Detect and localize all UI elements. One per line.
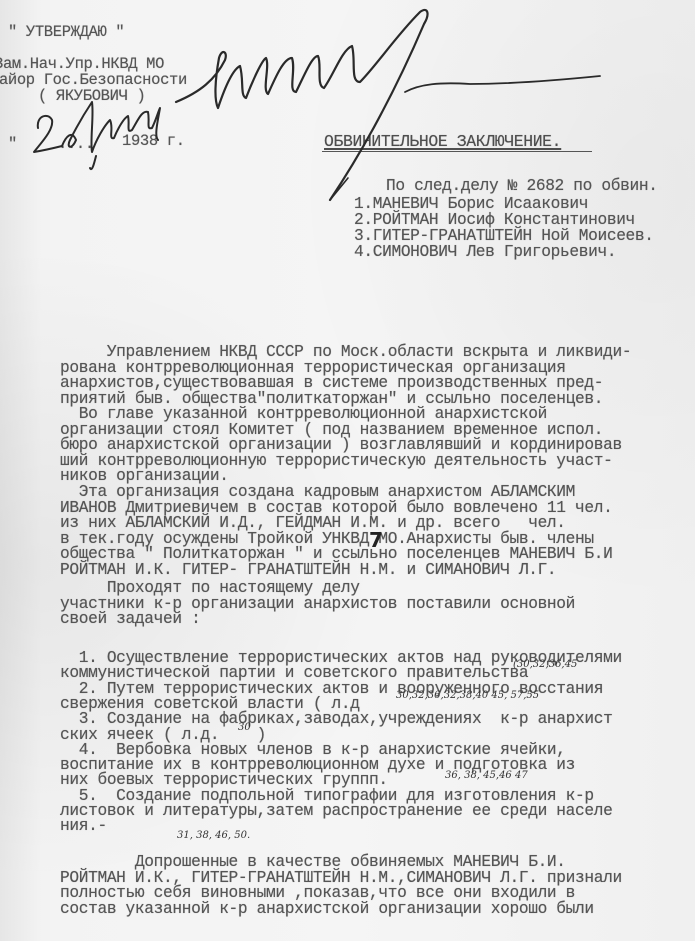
accused-item: 2.РОЙТМАН Иосиф Константинович [354, 212, 635, 228]
body-line: Проходят по настоящему делу [60, 580, 360, 596]
approval-date-dots: .... [58, 136, 94, 152]
closing-line: состав указанной к-р анархистской органи… [60, 901, 594, 917]
handwritten-ref-4: 36, 38, 45,46 47 [445, 770, 528, 781]
body-line: Управлением НКВД СССР по Моск.области вс… [60, 344, 631, 360]
handwritten-total: 7 [369, 528, 383, 552]
closing-line: Допрошенные в качестве обвиняемых МАНЕВИ… [60, 854, 566, 870]
task-line: ния.- [60, 818, 107, 834]
body-line: Эта организация создана кадровым анархис… [60, 484, 575, 500]
accused-item: 3.ГИТЕР-ГРАНАТШТЕЙН Ной Моисеев. [354, 228, 654, 244]
body-line: бюро анархистской организации ) возглавл… [60, 437, 622, 453]
title-underline [322, 135, 592, 152]
approval-position-line2: Майор Гос.Безопасности [0, 72, 187, 88]
body-line: своей задачей : [60, 611, 200, 627]
task-line: коммунистической партии и советского пра… [60, 665, 528, 681]
approval-date-year: 1938 г. [122, 133, 185, 149]
approval-position-line1: Зам.Нач.Упр.НКВД МО [0, 56, 164, 72]
task-line: 3. Создание на фабриках,заводах,учрежден… [60, 711, 612, 727]
handwritten-ref-5: 31, 38, 46, 50. [177, 830, 250, 841]
body-line: Во главе указанной контрреволюционной ан… [60, 406, 547, 422]
approver-name: ( ЯКУБОВИЧ ) [38, 88, 145, 104]
task-line: них боевых террористических группп. [60, 772, 388, 788]
handwritten-ref-1: (30,32,36,45 [513, 659, 577, 670]
closing-line: полностью себя виновными ,показав,что вс… [60, 885, 575, 901]
body-line: общества " Политкаторжан " и ссыльно пос… [60, 546, 612, 562]
signature-icon [176, 10, 427, 200]
body-line: РОЙТМАН И.К. ГИТЕР- ГРАНАТШТЕЙН Н.М. и С… [60, 562, 556, 578]
accused-item: 4.СИМОНОВИЧ Лев Григорьевич. [354, 244, 616, 260]
body-line: анархистов,существовавшая в системе прои… [60, 375, 603, 391]
accused-item: 1.МАНЕВИЧ Борис Исаакович [354, 196, 588, 212]
handwritten-ref-2: 30,32,36,32,38,40 45, 57,55 [396, 690, 539, 701]
approval-date-quote: " [8, 136, 17, 152]
task-line: листовок и литературы,затем распростране… [60, 803, 612, 819]
case-number-line: По след.делу № 2682 по обвин. [386, 178, 658, 194]
body-line: ников организации. [60, 468, 229, 484]
approval-stamp: " УТВЕРЖДАЮ " [8, 24, 124, 40]
handwritten-ref-3: 30 [238, 722, 251, 733]
body-line: из них АБЛАМСКИЙ И.Д., ГЕЙДМАН И.М. и др… [60, 515, 566, 531]
